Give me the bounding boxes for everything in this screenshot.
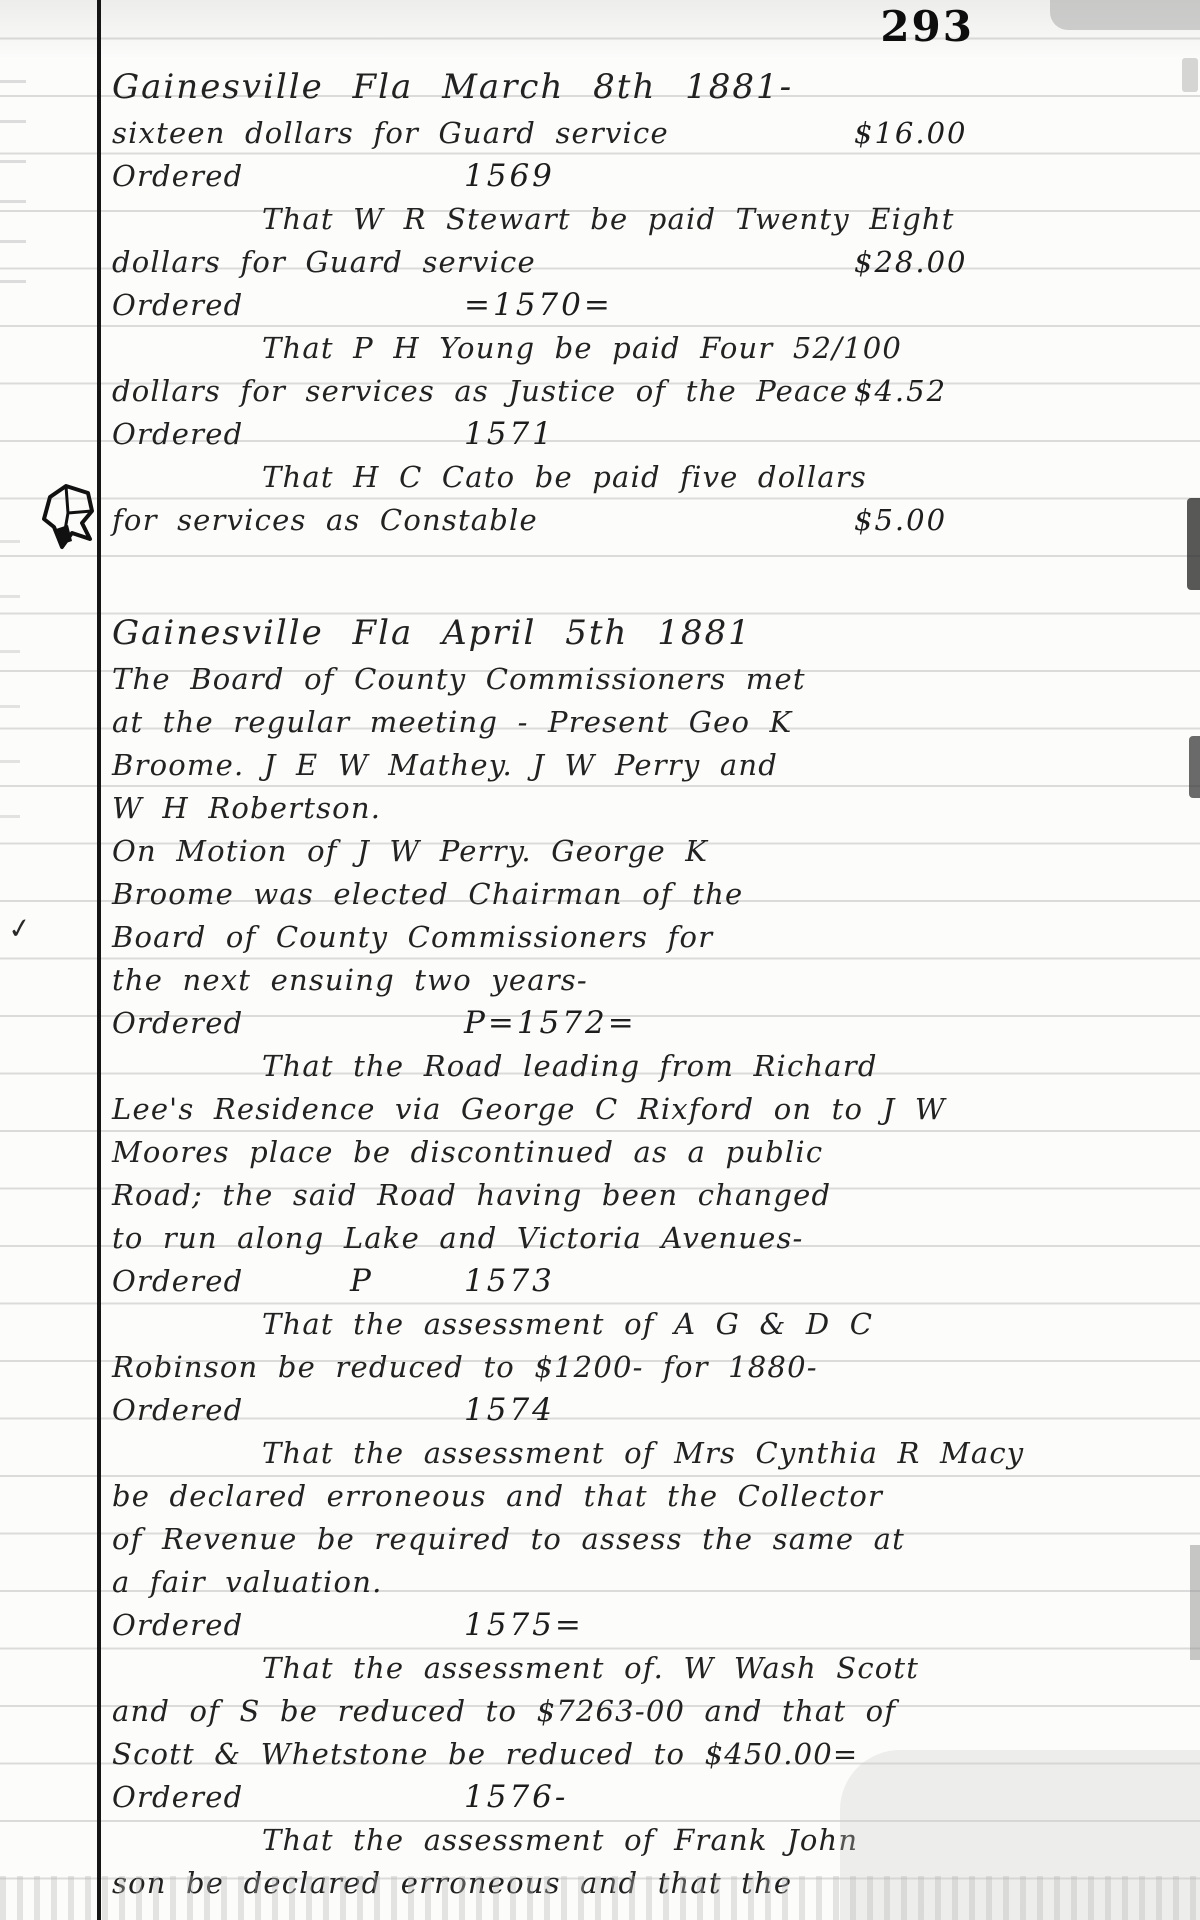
session-lines: sixteen dollars for Guard service $16.00… <box>112 112 1190 542</box>
ledger-line: That H C Cato be paid five dollars <box>112 456 1190 499</box>
ledger-line: That the assessment of. W Wash Scott <box>112 1647 1190 1690</box>
line-text: Scott & Whetstone be reduced to $450.00= <box>112 1737 858 1771</box>
ledger-line: and of S be reduced to $7263-00 and that… <box>112 1690 1190 1733</box>
ledger-line: Ordered P 1573 <box>112 1260 1190 1303</box>
ledger-line: son be declared erroneous and that the <box>112 1862 1190 1905</box>
ledger-line: The Board of County Commissioners met <box>112 658 1190 701</box>
ledger-line: That the assessment of Frank John <box>112 1819 1190 1862</box>
ledger-line: at the regular meeting - Present Geo K <box>112 701 1190 744</box>
amount: $4.52 <box>854 370 947 413</box>
line-text: That the assessment of Mrs Cynthia R Mac… <box>112 1436 1024 1470</box>
ledger-line: Ordered =1570= <box>112 284 1190 327</box>
order-number: P=1572= <box>464 1002 637 1045</box>
line-text: dollars for services as Justice of the P… <box>112 374 848 408</box>
ledger-line: That the Road leading from Richard <box>112 1045 1190 1088</box>
margin-rule <box>97 0 101 1920</box>
line-text: dollars for Guard service <box>112 245 536 279</box>
line-text: The Board of County Commissioners met <box>112 662 806 696</box>
order-number: 1569 <box>464 155 555 198</box>
ledger-line: sixteen dollars for Guard service $16.00 <box>112 112 1190 155</box>
line-text: the next ensuing two years- <box>112 963 588 997</box>
ledger-line: That W R Stewart be paid Twenty Eight <box>112 198 1190 241</box>
ledger-line: Moores place be discontinued as a public <box>112 1131 1190 1174</box>
line-text: That H C Cato be paid five dollars <box>112 460 867 494</box>
ledger-line: Road; the said Road having been changed <box>112 1174 1190 1217</box>
order-number: =1570= <box>464 284 613 327</box>
line-text: Road; the said Road having been changed <box>112 1178 831 1212</box>
line-text: That the assessment of A G & D C <box>112 1307 873 1341</box>
ledger-line: to run along Lake and Victoria Avenues- <box>112 1217 1190 1260</box>
line-text: On Motion of J W Perry. George K <box>112 834 708 868</box>
line-text: That the assessment of Frank John <box>112 1823 858 1857</box>
amount: $5.00 <box>854 499 947 542</box>
ledger-line: Ordered P=1572= <box>112 1002 1190 1045</box>
line-text: Ordered <box>112 159 243 193</box>
ledger-line: Ordered 1574 <box>112 1389 1190 1432</box>
margin-stamp-icon <box>38 483 100 551</box>
line-text: That W R Stewart be paid Twenty Eight <box>112 202 955 236</box>
ledger-line: for services as Constable $5.00 <box>112 499 1190 542</box>
scan-artifact <box>0 0 1200 60</box>
ledger-line: Ordered 1576- <box>112 1776 1190 1819</box>
line-text: Board of County Commissioners for <box>112 920 713 954</box>
line-text: Ordered <box>112 1393 243 1427</box>
amount: $28.00 <box>854 241 967 284</box>
order-number: 1574 <box>464 1389 555 1432</box>
line-text: That P H Young be paid Four 52/100 <box>112 331 902 365</box>
order-number: 1573 <box>464 1260 555 1303</box>
order-number: 1576- <box>464 1776 568 1819</box>
session-dateline: Gainesville Fla March 8th 1881- <box>112 62 1190 112</box>
session-march: Gainesville Fla March 8th 1881- sixteen … <box>112 62 1190 542</box>
amount: $16.00 <box>854 112 967 155</box>
line-text: Lee's Residence via George C Rixford on … <box>112 1092 946 1126</box>
ledger-line: a fair valuation. <box>112 1561 1190 1604</box>
line-text: be declared erroneous and that the Colle… <box>112 1479 883 1513</box>
ledger-line: Lee's Residence via George C Rixford on … <box>112 1088 1190 1131</box>
ledger-line: Board of County Commissioners for <box>112 916 1190 959</box>
line-text: Ordered <box>112 1780 243 1814</box>
line-text: That the assessment of. W Wash Scott <box>112 1651 919 1685</box>
ledger-line: the next ensuing two years- <box>112 959 1190 1002</box>
ledger-line: dollars for Guard service $28.00 <box>112 241 1190 284</box>
scanned-ledger-page: 293 Gainesville Fla March 8th 1881- sixt… <box>0 0 1200 1920</box>
scan-artifact <box>1189 736 1200 798</box>
ledger-line: dollars for services as Justice of the P… <box>112 370 1190 413</box>
line-text: to run along Lake and Victoria Avenues- <box>112 1221 804 1255</box>
session-lines: The Board of County Commissioners met at… <box>112 658 1190 1905</box>
line-text: and of S be reduced to $7263-00 and that… <box>112 1694 896 1728</box>
line-text: a fair valuation. <box>112 1565 383 1599</box>
scan-artifact <box>1190 1545 1200 1660</box>
line-text: Broome. J E W Mathey. J W Perry and <box>112 748 778 782</box>
line-text: Broome was elected Chairman of the <box>112 877 743 911</box>
line-text: Ordered <box>112 1264 243 1298</box>
margin-check-icon: ✓ <box>6 911 34 947</box>
line-text: sixteen dollars for Guard service <box>112 116 669 150</box>
session-april: Gainesville Fla April 5th 1881 The Board… <box>112 608 1190 1905</box>
line-text: Robinson be reduced to $1200- for 1880- <box>112 1350 818 1384</box>
line-text: Ordered <box>112 1608 243 1642</box>
line-text: at the regular meeting - Present Geo K <box>112 705 792 739</box>
ledger-line: Ordered 1569 <box>112 155 1190 198</box>
ledger-line: Robinson be reduced to $1200- for 1880- <box>112 1346 1190 1389</box>
ledger-line: Scott & Whetstone be reduced to $450.00= <box>112 1733 1190 1776</box>
line-text: Ordered <box>112 288 243 322</box>
session-dateline: Gainesville Fla April 5th 1881 <box>112 608 1190 658</box>
scan-artifact <box>0 540 20 840</box>
line-text: Ordered <box>112 1006 243 1040</box>
line-text: son be declared erroneous and that the <box>112 1866 792 1900</box>
line-text: Ordered <box>112 417 243 451</box>
ledger-line: That the assessment of Mrs Cynthia R Mac… <box>112 1432 1190 1475</box>
ledger-line: be declared erroneous and that the Colle… <box>112 1475 1190 1518</box>
ledger-line: Ordered 1575= <box>112 1604 1190 1647</box>
order-number: 1571 <box>464 413 555 456</box>
ledger-line: W H Robertson. <box>112 787 1190 830</box>
scan-artifact <box>1050 0 1200 30</box>
ledger-line: of Revenue be required to assess the sam… <box>112 1518 1190 1561</box>
ledger-line: That P H Young be paid Four 52/100 <box>112 327 1190 370</box>
scan-artifact <box>0 80 26 320</box>
line-text: That the Road leading from Richard <box>112 1049 878 1083</box>
ledger-line: Ordered 1571 <box>112 413 1190 456</box>
ledger-line: Broome was elected Chairman of the <box>112 873 1190 916</box>
line-text: for services as Constable <box>112 503 538 537</box>
ledger-line: On Motion of J W Perry. George K <box>112 830 1190 873</box>
order-mark: P <box>350 1260 371 1303</box>
order-number: 1575= <box>464 1604 584 1647</box>
line-text: Moores place be discontinued as a public <box>112 1135 823 1169</box>
ledger-line: Broome. J E W Mathey. J W Perry and <box>112 744 1190 787</box>
ledger-line: That the assessment of A G & D C <box>112 1303 1190 1346</box>
line-text: W H Robertson. <box>112 791 381 825</box>
line-text: of Revenue be required to assess the sam… <box>112 1522 905 1556</box>
page-number: 293 <box>880 2 974 51</box>
